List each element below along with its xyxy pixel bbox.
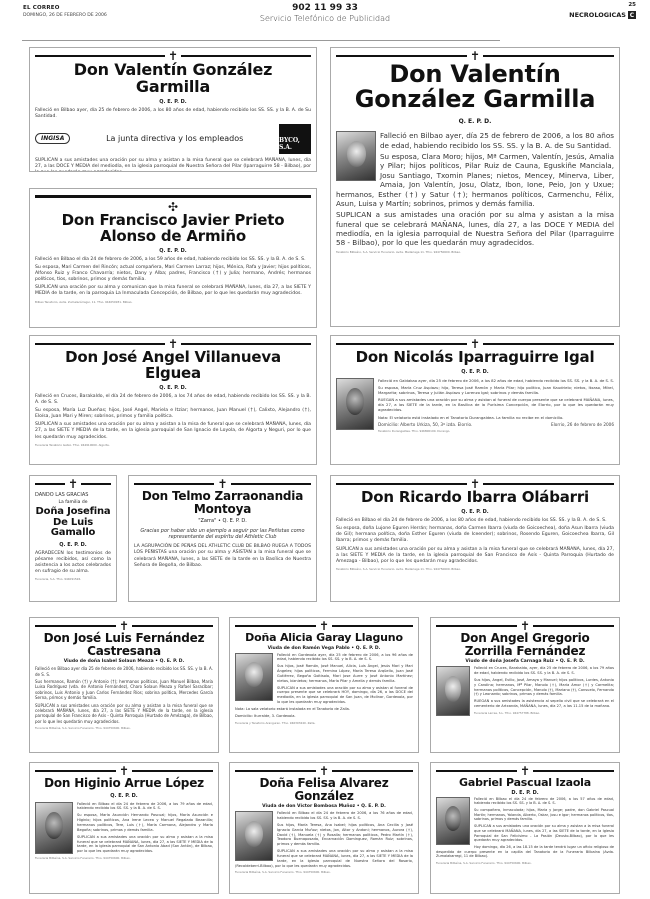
obituary-text: Falleció en Galdakao ayer, día 25 de feb…	[336, 378, 614, 383]
obituary-request: RUEGAN a sus amistades una oración por s…	[336, 397, 614, 412]
obituary-ricardo: ✝ Don Ricardo Ibarra Olábarri Q. E. P. D…	[330, 475, 620, 602]
obituary-family: Su esposa, María Cruz Aspiazu; hijo, Ter…	[336, 385, 614, 395]
deceased-name: Don Angel Gregorio Zorrilla Fernández	[436, 632, 614, 657]
obituary-text: Falleció en Bilbao ayer, día 25 de febre…	[35, 108, 311, 120]
obituary-higinio: ✝ Don Higinio Arrue López Q. E. P. D. Fa…	[29, 762, 219, 894]
thanks-heading: DANDO LAS GRACIAS	[35, 492, 111, 498]
funeral-home: Funeraria Bilbaína, S.A. Servicio Funera…	[436, 861, 614, 865]
obituary-jose-luis: ✝ Don José Luis Fernández Castresana Viu…	[29, 617, 219, 753]
deceased-name: Don Telmo Zarraonandia Montoya	[134, 490, 311, 515]
deceased-photo	[235, 811, 273, 861]
deceased-name: Gabriel Pascual Izaola	[436, 777, 614, 789]
deceased-name: Don Ricardo Ibarra Olábarri	[336, 490, 614, 506]
rip-label: "Zarra" • Q. E. P. D.	[134, 518, 311, 524]
header-divider-right	[265, 40, 500, 41]
home-address: Domicilio: Iturralde, 3. Gordexola.	[235, 714, 413, 719]
funeral-home: Funeraria, S.A. Tfno. 944091526.	[35, 577, 111, 581]
obituary-text: Falleció en Bilbao el día 24 de febrero …	[35, 257, 311, 263]
page-header: EL CORREO DOMINGO, 26 DE FEBRERO DE 2006…	[0, 0, 650, 30]
obituary-request: SUPLICAN a sus amistades una oración por…	[336, 547, 614, 566]
rip-label: Viudo de doña Isabel Solaun Meaza • Q. E…	[35, 659, 213, 664]
deceased-name: Don José Luis Fernández Castresana	[35, 632, 213, 657]
obituary-note: Nota: La sala velatorio estará instalada…	[235, 707, 413, 712]
cross-icon: ✝	[65, 478, 81, 490]
obituary-family: Su esposa, Clara Moro; hijos, Mª Carmen,…	[336, 152, 614, 208]
deceased-photo	[336, 378, 374, 430]
byco-logo: BYCO, S.A.	[279, 124, 311, 154]
deceased-photo	[436, 797, 470, 845]
funeral-home: Funeraria Bilbaína, S.A. Servicio Funera…	[235, 870, 413, 874]
obituary-text: Falleció en Bilbao ayer, día 25 de febre…	[336, 131, 614, 150]
rip-label: Viuda de don Víctor Bombosa Muñoz • Q. E…	[235, 804, 413, 809]
farewell-service: Hoy domingo, día 26, a las 18.15 de la t…	[436, 845, 614, 859]
funeral-home: Funeraria Bilbaína, S.A. Servicio Funera…	[35, 856, 213, 860]
page-number: 25	[628, 2, 636, 8]
obituary-text: Falleció en Bilbao ayer día 25 de febrer…	[35, 666, 213, 677]
rip-label: Q. E. P. D.	[35, 99, 311, 105]
deceased-name: Don José Angel Villanueva Elguea	[35, 350, 311, 382]
deceased-name: Doña Josefina De Luis Gamallo	[35, 507, 111, 539]
deceased-name: Don Francisco Javier Prieto Alonso de Ar…	[35, 213, 311, 245]
rip-label: Q. E. P. D.	[336, 509, 614, 515]
header-divider-left	[22, 40, 278, 41]
obituary-alicia: ✝ Doña Alicia Garay Llaguno Viuda de don…	[229, 617, 419, 753]
obituary-gabriel: ✝ Gabriel Pascual Izaola D. E. P. D. Fal…	[430, 762, 620, 894]
place-date: Elorrio, 26 de febrero de 2006	[551, 422, 614, 427]
obituary-family: Su esposa, Mari Carmen del Rincón; actua…	[35, 265, 311, 284]
obituary-nicolas: ✝ Don Nicolás Iparraguirre Igal Q. E. P.…	[330, 335, 620, 465]
deceased-name: Don Valentín González Garmilla	[35, 62, 311, 96]
obituary-request: SUPLICAN una oración por su alma y comun…	[35, 285, 311, 297]
obituary-family: Su esposa, doña Lujone Eguren Herrán; he…	[336, 526, 614, 545]
obituary-request: SUPLICAN a sus amistades una oración por…	[336, 210, 614, 247]
advertising-phone: 902 11 99 33	[0, 3, 650, 13]
deceased-photo	[35, 802, 73, 854]
obituary-request: SUPLICAN a sus amistades una oración por…	[35, 422, 311, 441]
deceased-photo	[235, 653, 273, 701]
funeral-home: Tanatorio Bilbaíno, S.A. Servicio Funera…	[336, 250, 614, 254]
section-badge: C	[628, 11, 636, 19]
deceased-name: Don Valentín González Garmilla	[336, 62, 614, 112]
deceased-photo	[436, 666, 470, 716]
deceased-name: Don Higinio Arrue López	[35, 777, 213, 790]
obituary-family: Sus hermanos, Ramón (†) y Antonio (†); h…	[35, 679, 213, 701]
family-of-label: La familia de	[35, 500, 111, 505]
board-label: La junta directiva y los empleados	[106, 134, 243, 143]
funeral-home: Funeraria y Tanatorio Aranguren. Tfno. 9…	[235, 721, 413, 725]
home-address: Domicilio: Alberto Urkiza, 50, 3º izda. …	[378, 422, 472, 427]
obituary-request: SUPLICAN a sus amistades una oración por…	[35, 703, 213, 725]
rip-label: Q. E. P. D.	[35, 385, 311, 391]
funeral-home: Tanatorio Durangaldea. Tfno. 946800100. …	[336, 429, 614, 433]
obituary-request: SUPLICAN a sus amistades una oración por…	[35, 158, 311, 172]
rip-label: Q. E. P. D.	[336, 118, 614, 125]
obituary-jose-angel: ✝ Don José Angel Villanueva Elguea Q. E.…	[29, 335, 317, 465]
obituary-request: LA AGRUPACIÓN DE PEÑAS DEL ATHLETIC CLUB…	[134, 544, 311, 569]
deceased-name: Doña Alicia Garay Llaguno	[235, 632, 413, 644]
rip-label: D. E. P. D.	[436, 790, 614, 796]
funeral-home: Funeraria Tanatorio Getxo. Tfno. 9449100…	[35, 443, 311, 447]
tribute-text: Gracias por haber sido un ejemplo a segu…	[134, 528, 311, 540]
deceased-name: Don Nicolás Iparraguirre Igal	[336, 350, 614, 366]
funeral-home: Funeraria Bilbaína, S.A. Servicio Funera…	[35, 726, 213, 730]
rip-label: Q. E. P. D.	[336, 369, 614, 375]
obituary-text: Falleció en Cruces, Barakaldo, el día 24…	[35, 394, 311, 406]
rip-label: Q. E. P. D.	[35, 793, 213, 799]
rip-label: Viudo de doña Josefa Carnaga Ruiz • Q. E…	[436, 659, 614, 664]
rip-label: Q. E. P. D.	[35, 248, 311, 254]
ingisa-logo: INGISA	[35, 133, 70, 144]
obituary-text: AGRADECEN los testimonios de pésame reci…	[35, 551, 111, 576]
obituary-telmo: ✝ Don Telmo Zarraonandia Montoya "Zarra"…	[128, 475, 317, 602]
obituary-felisa: ✝ Doña Felisa Alvarez González Viuda de …	[229, 762, 419, 894]
obituary-family: Su esposa, María Luz Dueñas; hijos, José…	[35, 408, 311, 420]
obituary-francisco-javier: ✣ Don Francisco Javier Prieto Alonso de …	[29, 188, 317, 328]
section-title: NECROLOGICASC	[569, 11, 636, 19]
obituary-valentin-family: ✝ Don Valentín González Garmilla Q. E. P…	[330, 47, 620, 327]
advertising-service: Servicio Telefónico de Publicidad	[0, 14, 650, 23]
obituary-valentin-company: ✝ Don Valentín González Garmilla Q. E. P…	[29, 47, 317, 172]
deceased-name: Doña Felisa Alvarez González	[235, 777, 413, 802]
funeral-home: Tanatorio Bilbaíno, S.A. Servicio Funera…	[336, 567, 614, 571]
obituary-note: Nota: El velatorio está instalado en el …	[336, 415, 614, 420]
deceased-photo	[336, 131, 376, 181]
section-label: NECROLOGICAS	[569, 11, 626, 19]
rip-label: Q. E. P. D.	[35, 542, 111, 548]
funeral-home: Bilbao Tanatorio, Avda. Zumalacárregui, …	[35, 300, 311, 304]
obituary-josefina: ✝ DANDO LAS GRACIAS La familia de Doña J…	[29, 475, 117, 602]
rip-label: Viuda de don Ramón Vega Pablo • Q. E. P.…	[235, 646, 413, 651]
obituary-angel-gregorio: ✝ Don Angel Gregorio Zorrilla Fernández …	[430, 617, 620, 753]
obituary-text: Falleció en Bilbao el día 24 de febrero …	[336, 518, 614, 524]
